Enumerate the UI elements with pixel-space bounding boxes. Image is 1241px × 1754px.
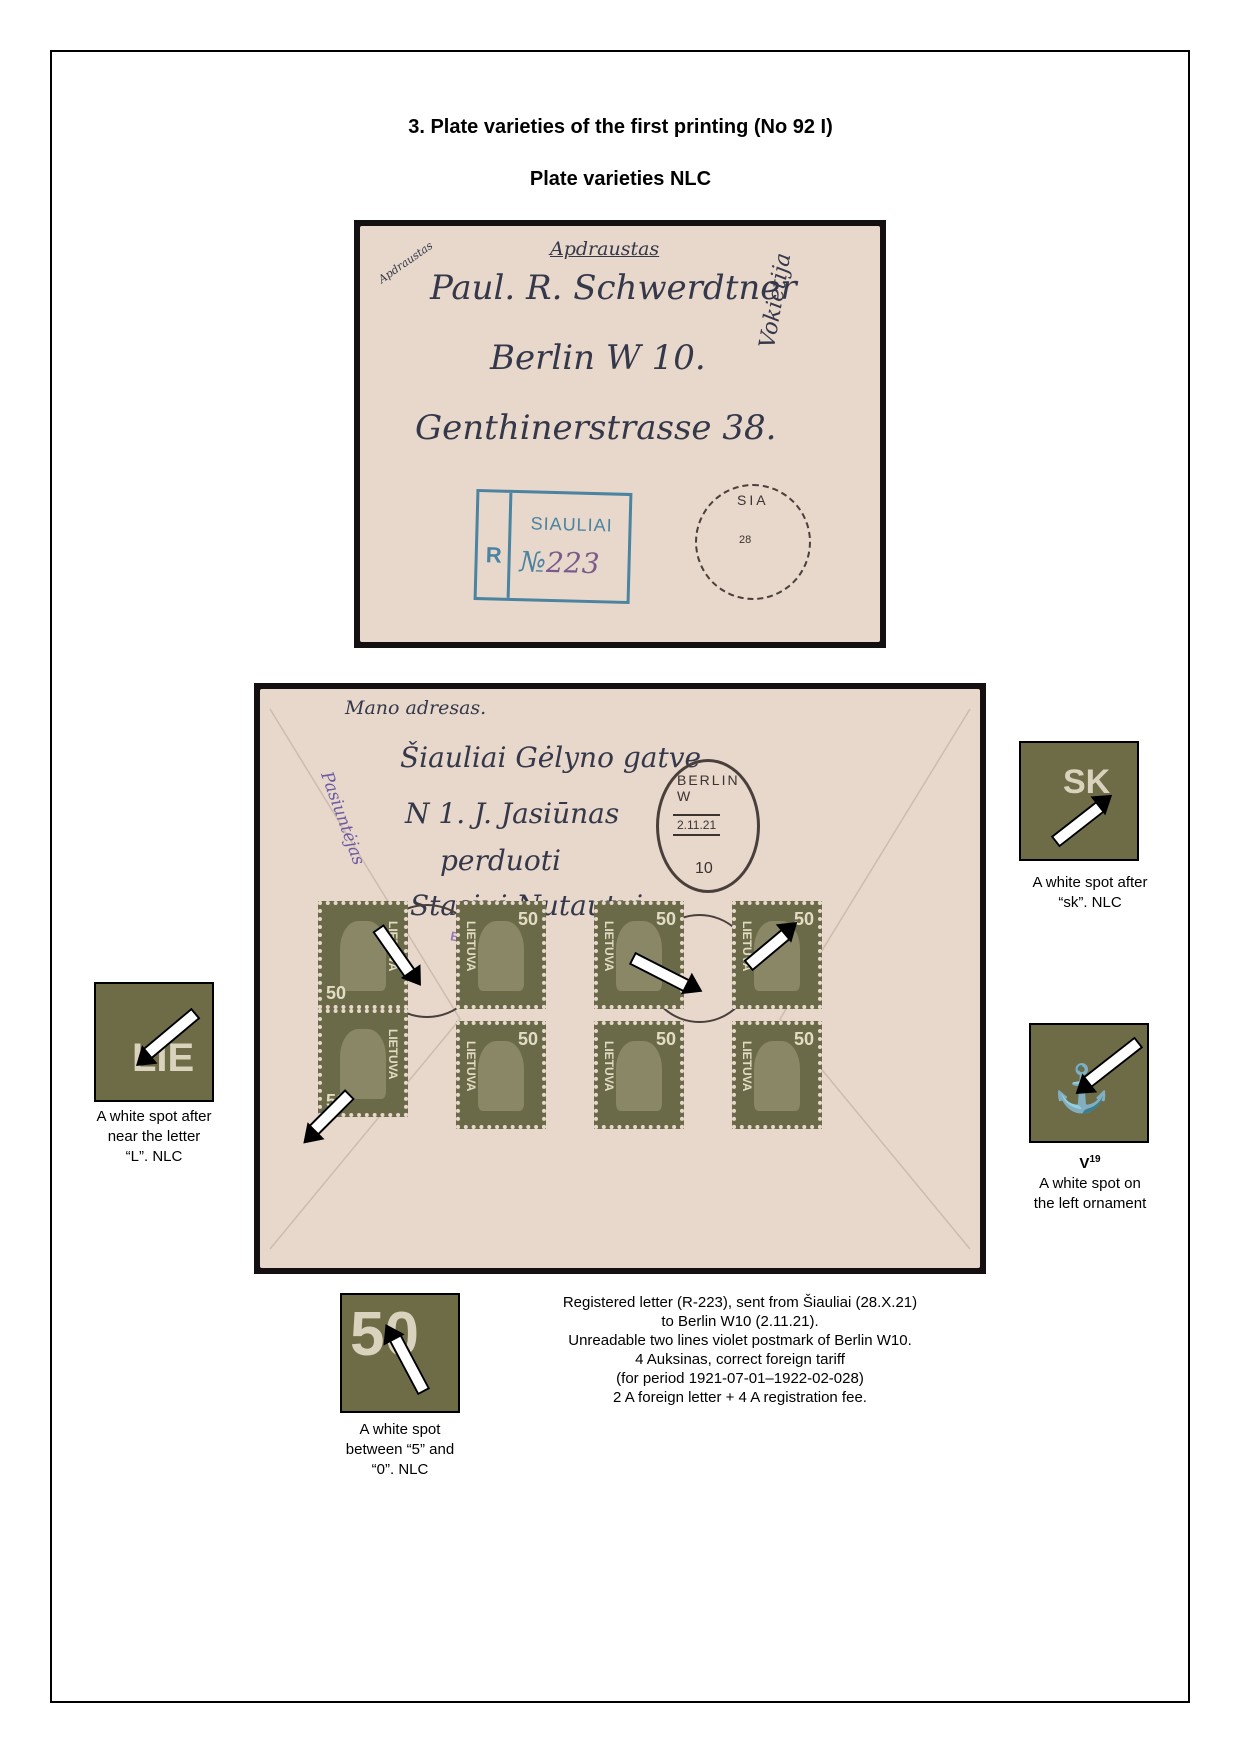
stamp: LIETUVA 50 (594, 1021, 684, 1129)
top-note: Apdraustas (550, 238, 659, 260)
page-subtitle: Plate varieties NLC (0, 168, 1241, 191)
sender-instruction: perduoti (440, 844, 561, 877)
registration-letter: R (485, 542, 502, 568)
corner-note: Apdraustas (376, 239, 435, 286)
addressee-street: Genthinerstrasse 38. (415, 408, 776, 448)
label-divider (507, 493, 513, 598)
berlin-postmark: BERLIN W 2.11.21 10 (656, 759, 760, 893)
registration-label: R SIAULIAI №223 (474, 489, 633, 604)
variety-50-caption: A white spot between “5” and “0”. NLC (300, 1420, 500, 1480)
variety-50-thumbnail: 50 (340, 1293, 460, 1413)
sender-name: N 1. J. Jasiūnas (405, 797, 619, 830)
sender-heading: Mano adresas. (345, 697, 486, 719)
variety-sk-thumbnail: SK (1019, 741, 1139, 861)
stamp: LIETUVA 50 (732, 1021, 822, 1129)
page-title: 3. Plate varieties of the first printing… (0, 116, 1241, 139)
back-cover-image: Mano adresas. Šiauliai Gėlyno gatve N 1.… (254, 683, 986, 1274)
variety-sk-caption: A white spot after “sk”. NLC (990, 873, 1190, 913)
cover-description: Registered letter (R-223), sent from Šia… (520, 1293, 960, 1407)
addressee-name: Paul. R. Schwerdtner (430, 268, 797, 308)
addressee-city: Berlin W 10. (490, 338, 706, 378)
variety-v19-label: V19 (990, 1150, 1190, 1174)
front-cover-image: Apdraustas Apdraustas Paul. R. Schwerdtn… (354, 220, 886, 648)
siauliai-postmark: SIA 28 (695, 484, 811, 600)
variety-v19-thumbnail: ⚓ (1029, 1023, 1149, 1143)
arrow-icon (1051, 801, 1105, 848)
variety-L-thumbnail: LIE (94, 982, 214, 1102)
stamp: LIETUVA 50 (456, 1021, 546, 1129)
registration-city: SIAULIAI (530, 513, 613, 536)
envelope-paper: Apdraustas Apdraustas Paul. R. Schwerdtn… (360, 226, 880, 642)
registration-number: №223 (519, 545, 600, 580)
variety-v19-caption: V19 A white spot on the left ornament (990, 1150, 1190, 1214)
envelope-paper: Mano adresas. Šiauliai Gėlyno gatve N 1.… (260, 689, 980, 1268)
sender-street: Šiauliai Gėlyno gatve (400, 741, 701, 774)
variety-L-caption: A white spot after near the letter “L”. … (54, 1107, 254, 1167)
stamp: LIETUVA 50 (732, 901, 822, 1009)
stamp: LIETUVA 50 (456, 901, 546, 1009)
